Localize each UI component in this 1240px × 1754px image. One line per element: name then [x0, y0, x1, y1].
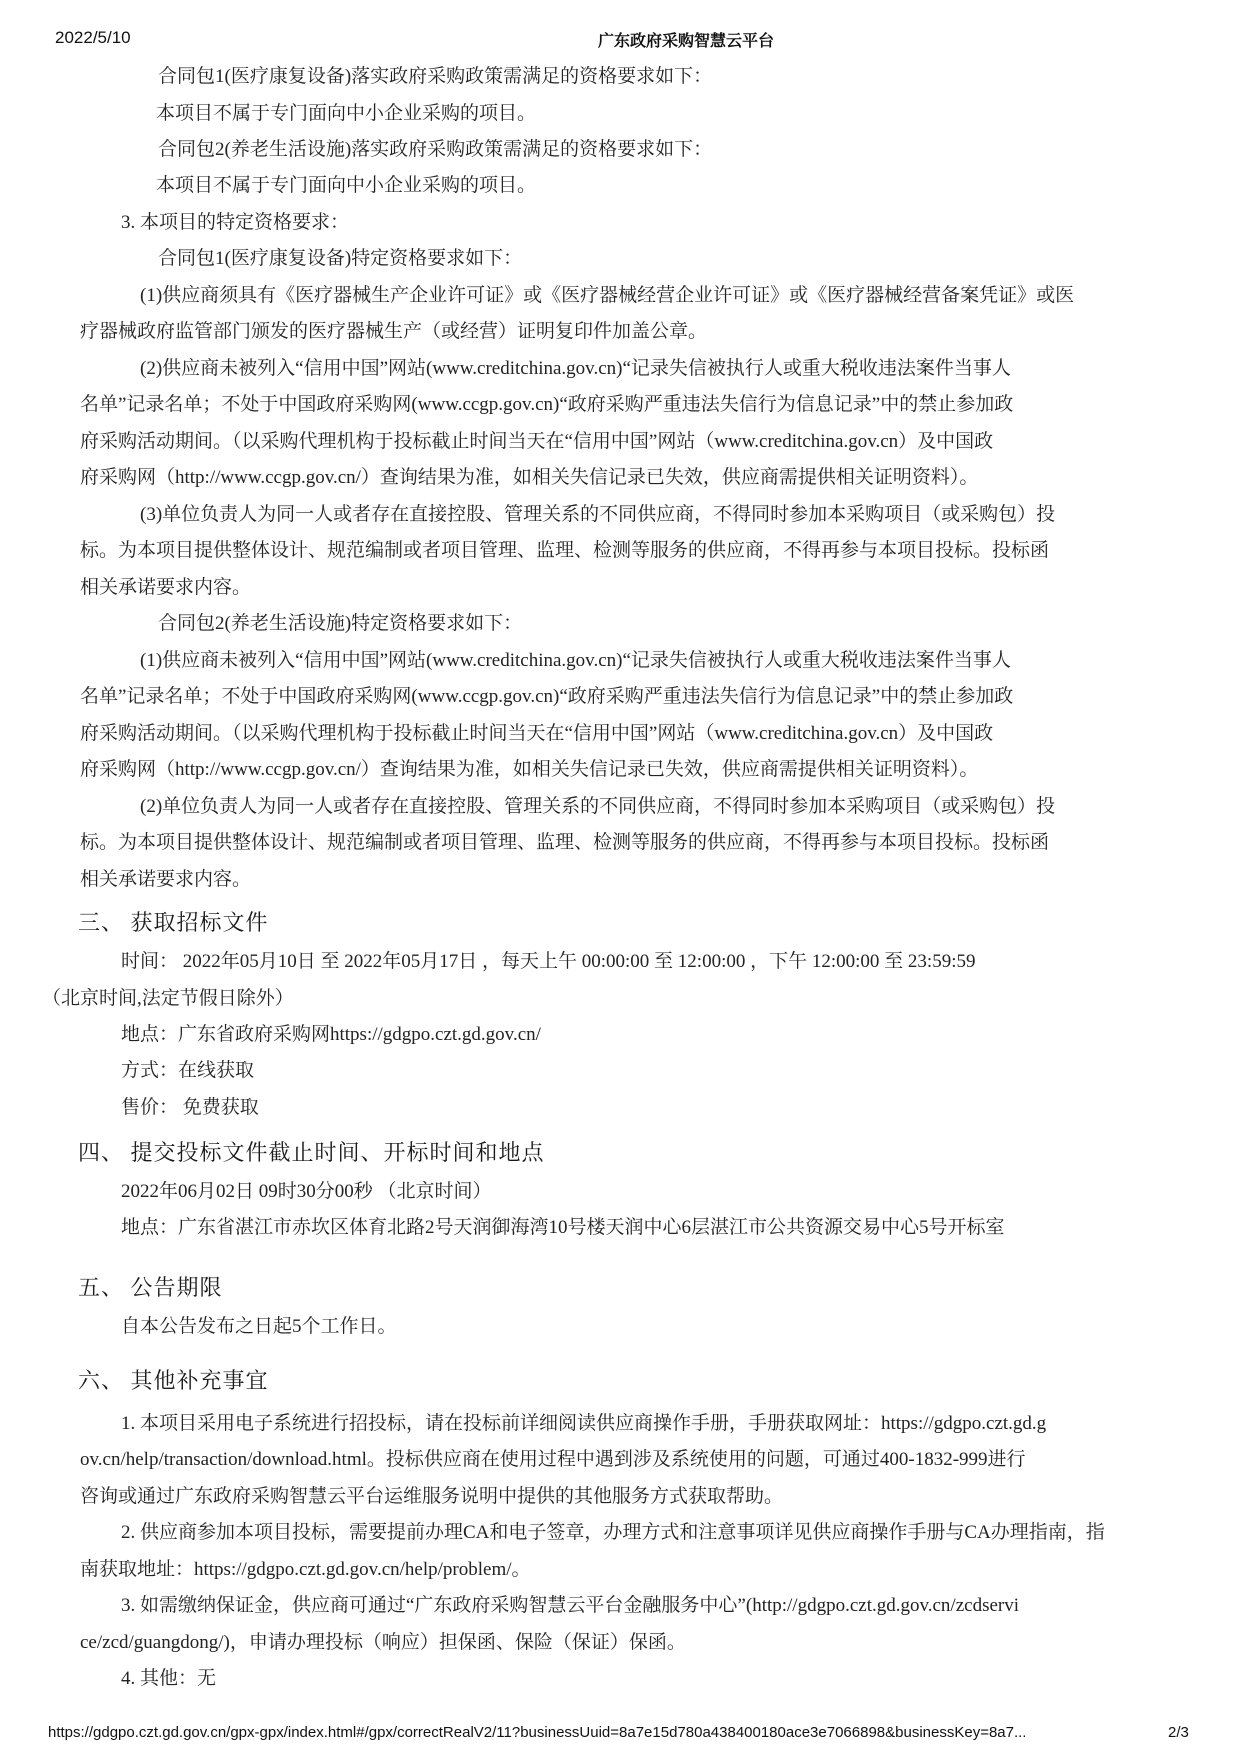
doc-line: 标。为本项目提供整体设计、规范编制或者项目管理、监理、检测等服务的供应商，不得再…: [80, 829, 1049, 857]
doc-line: (2)供应商未被列入“信用中国”网站(www.creditchina.gov.c…: [140, 355, 1011, 383]
doc-line: 名单”记录名单；不处于中国政府采购网(www.ccgp.gov.cn)“政府采购…: [80, 683, 1013, 711]
doc-line: 相关承诺要求内容。: [80, 574, 251, 602]
print-header-title: 广东政府采购智慧云平台: [598, 28, 774, 51]
doc-line: 地点：广东省湛江市赤坎区体育北路2号天润御海湾10号楼天润中心6层湛江市公共资源…: [121, 1214, 1005, 1242]
doc-line: 相关承诺要求内容。: [80, 866, 251, 894]
print-header-date: 2022/5/10: [55, 28, 131, 48]
print-footer-url: https://gdgpo.czt.gd.gov.cn/gpx-gpx/inde…: [48, 1724, 1026, 1741]
doc-line: 2. 供应商参加本项目投标，需要提前办理CA和电子签章，办理方式和注意事项详见供…: [121, 1519, 1105, 1547]
doc-line: ov.cn/help/transaction/download.html。投标供…: [80, 1446, 1026, 1474]
doc-line: 府采购活动期间。（以采购代理机构于投标截止时间当天在“信用中国”网站（www.c…: [80, 428, 993, 456]
doc-line: 合同包1(医疗康复设备)落实政府采购政策需满足的资格要求如下：: [158, 63, 712, 91]
print-footer-page-number: 2/3: [1168, 1724, 1189, 1741]
doc-line: 咨询或通过广东政府采购智慧云平台运维服务说明中提供的其他服务方式获取帮助。: [80, 1483, 783, 1511]
doc-line: （北京时间,法定节假日除外）: [42, 985, 294, 1013]
doc-line: 合同包2(养老生活设施)落实政府采购政策需满足的资格要求如下：: [158, 136, 712, 164]
doc-line: 时间： 2022年05月10日 至 2022年05月17日 ，每天上午 00:0…: [121, 948, 975, 976]
doc-line: 1. 本项目采用电子系统进行招投标，请在投标前详细阅读供应商操作手册，手册获取网…: [121, 1410, 1046, 1438]
doc-line: (2)单位负责人为同一人或者存在直接控股、管理关系的不同供应商，不得同时参加本采…: [140, 793, 1055, 821]
section-heading-get-bid-docs: 三、 获取招标文件: [78, 907, 269, 939]
doc-line: 标。为本项目提供整体设计、规范编制或者项目管理、监理、检测等服务的供应商，不得再…: [80, 537, 1049, 565]
doc-line: (1)供应商须具有《医疗器械生产企业许可证》或《医疗器械经营企业许可证》或《医疗…: [140, 282, 1074, 310]
doc-line: 本项目不属于专门面向中小企业采购的项目。: [156, 100, 536, 128]
doc-line: 府采购网（http://www.ccgp.gov.cn/）查询结果为准，如相关失…: [80, 464, 978, 492]
doc-line: 本项目不属于专门面向中小企业采购的项目。: [156, 172, 536, 200]
printed-document-page: 2022/5/10 广东政府采购智慧云平台 合同包1(医疗康复设备)落实政府采购…: [0, 0, 1240, 1754]
section-heading-other-matters: 六、 其他补充事宜: [78, 1365, 269, 1397]
doc-line: 3. 本项目的特定资格要求：: [121, 209, 349, 237]
doc-line: 合同包1(医疗康复设备)特定资格要求如下：: [158, 245, 522, 273]
section-heading-announcement-period: 五、 公告期限: [78, 1272, 223, 1304]
doc-line: 地点：广东省政府采购网https://gdgpo.czt.gd.gov.cn/: [121, 1021, 541, 1049]
doc-line: 府采购网（http://www.ccgp.gov.cn/）查询结果为准，如相关失…: [80, 756, 978, 784]
doc-line: 自本公告发布之日起5个工作日。: [121, 1313, 397, 1341]
doc-line: ce/zcd/guangdong/)，申请办理投标（响应）担保函、保险（保证）保…: [80, 1629, 686, 1657]
doc-line: 3. 如需缴纳保证金，供应商可通过“广东政府采购智慧云平台金融服务中心”(htt…: [121, 1592, 1019, 1620]
doc-line: (1)供应商未被列入“信用中国”网站(www.creditchina.gov.c…: [140, 647, 1011, 675]
doc-line: (3)单位负责人为同一人或者存在直接控股、管理关系的不同供应商，不得同时参加本采…: [140, 501, 1055, 529]
doc-line: 名单”记录名单；不处于中国政府采购网(www.ccgp.gov.cn)“政府采购…: [80, 391, 1013, 419]
doc-line: 方式：在线获取: [121, 1057, 254, 1085]
doc-line: 疗器械政府监管部门颁发的医疗器械生产（或经营）证明复印件加盖公章。: [80, 318, 707, 346]
doc-line: 4. 其他：无: [121, 1665, 216, 1693]
doc-line: 府采购活动期间。（以采购代理机构于投标截止时间当天在“信用中国”网站（www.c…: [80, 720, 993, 748]
doc-line: 2022年06月02日 09时30分00秒 （北京时间）: [121, 1178, 492, 1206]
section-heading-submission-deadline: 四、 提交投标文件截止时间、开标时间和地点: [78, 1137, 545, 1169]
doc-line: 售价： 免费获取: [121, 1094, 259, 1122]
doc-line: 合同包2(养老生活设施)特定资格要求如下：: [158, 610, 522, 638]
doc-line: 南获取地址：https://gdgpo.czt.gd.gov.cn/help/p…: [80, 1556, 531, 1584]
